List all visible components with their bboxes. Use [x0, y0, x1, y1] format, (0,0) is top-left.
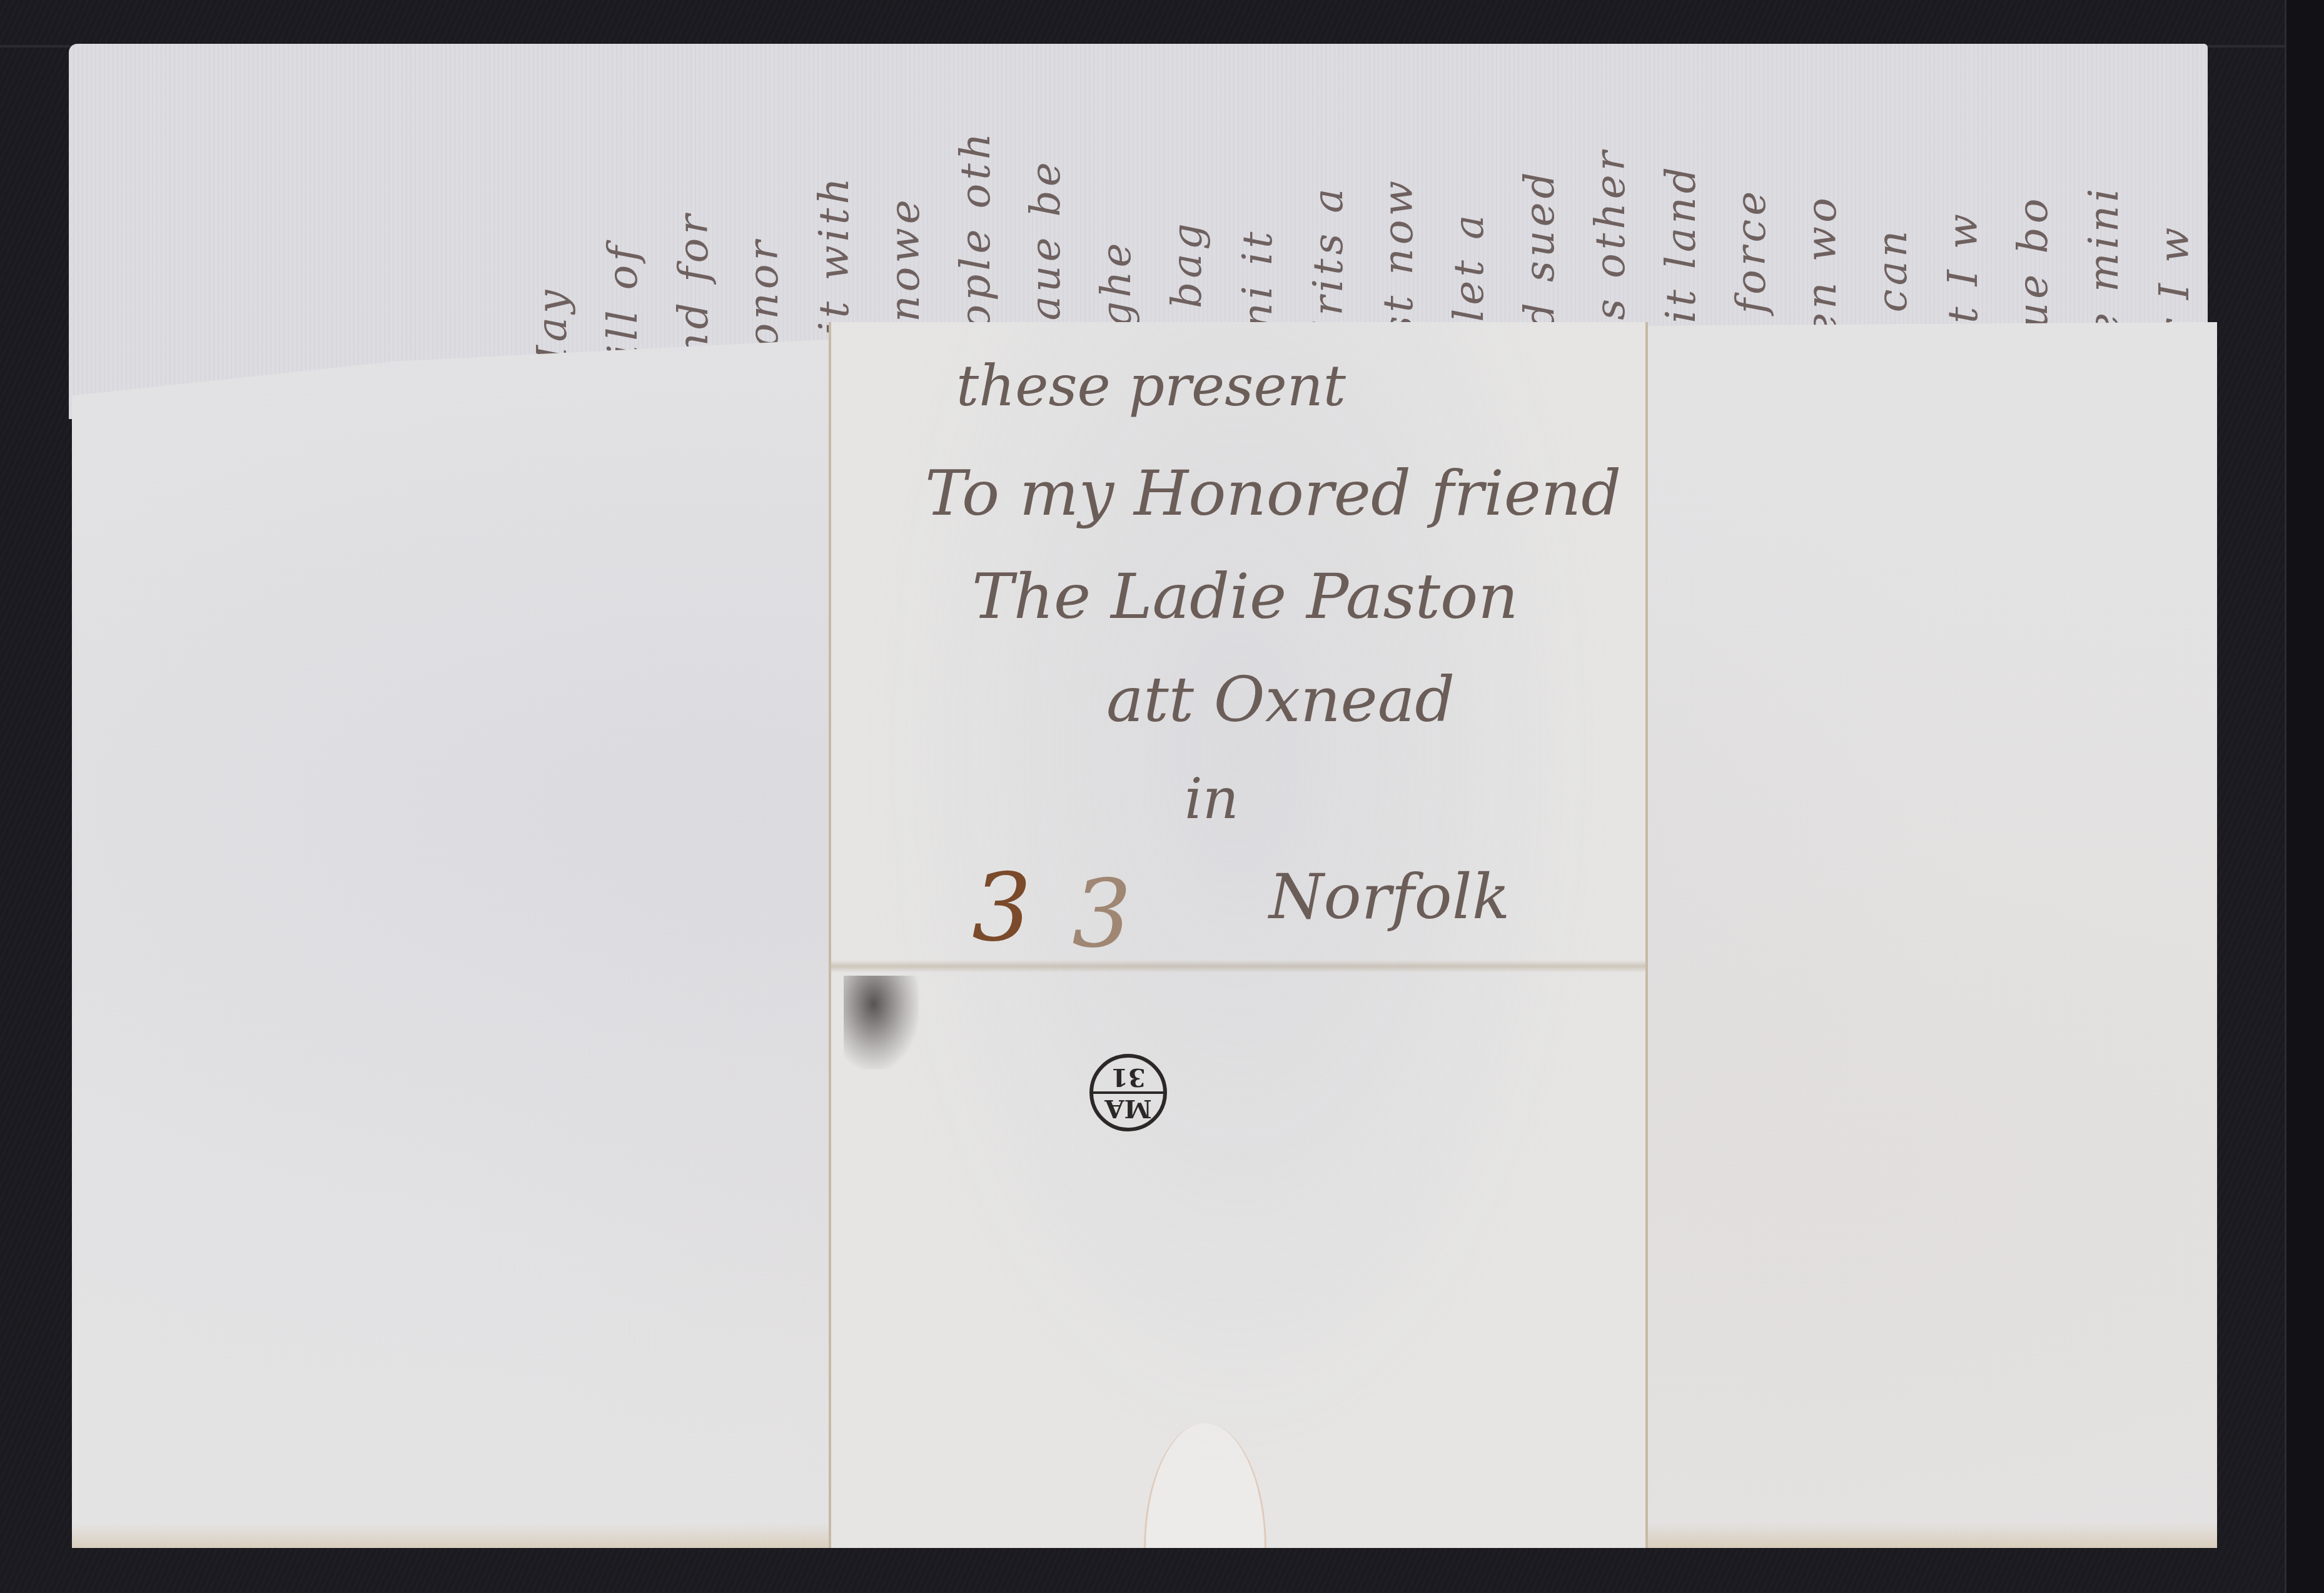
inner-line: and for: [673, 63, 714, 388]
bishop-postmark-stamp: MA 31: [1089, 1054, 1167, 1131]
address-line-in: in: [1185, 766, 1239, 832]
postage-rate-mark: 3: [972, 854, 1031, 963]
postmark-day: 31: [1111, 1063, 1146, 1091]
board-right-edge: [2285, 0, 2324, 1593]
inner-line: Honor: [743, 63, 784, 388]
address-panel: these present To my Honored friend The L…: [829, 322, 1648, 1548]
address-line-directive: these present: [956, 353, 1346, 419]
fold-crease: [831, 960, 1645, 973]
postmark-month: MA: [1104, 1094, 1151, 1123]
postage-secondary-mark: 3: [1072, 860, 1131, 969]
inner-line: May: [532, 63, 573, 388]
ink-smudge: [844, 976, 919, 1070]
address-line-salutation: To my Honored friend: [925, 457, 1621, 530]
seal-tuck-flap: [1144, 1423, 1266, 1548]
address-line-recipient: The Ladie Paston: [972, 560, 1518, 633]
inner-line: bill of: [602, 63, 644, 388]
address-line-place: att Oxnead: [1106, 663, 1455, 736]
address-line-county: Norfolk: [1269, 860, 1510, 933]
